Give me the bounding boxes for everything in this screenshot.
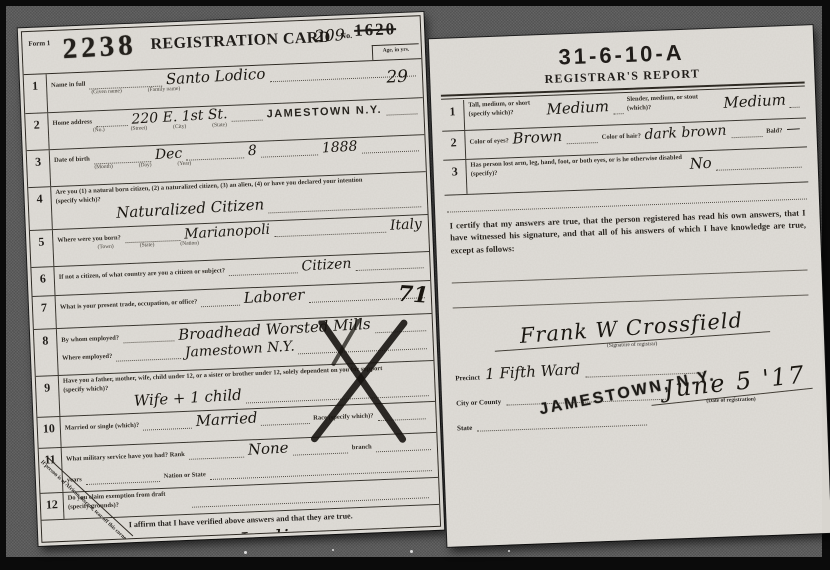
field-label: Color of hair?	[602, 133, 642, 143]
field-label: Bald?	[766, 128, 783, 137]
marital-value: Married	[195, 411, 258, 430]
military-rank-value: None	[247, 440, 288, 457]
number-label: No.	[340, 31, 352, 40]
card-title: REGISTRATION CARD	[150, 29, 331, 54]
stamped-serial-number: 2238	[62, 29, 138, 66]
birth-day-value: 8	[247, 144, 257, 158]
row-number: 1	[441, 100, 465, 131]
row-number: 2	[442, 131, 466, 160]
form-number-label: Form 1	[28, 39, 50, 48]
citizen-of-value: Citizen	[301, 257, 352, 274]
field-label: Name in full	[51, 81, 86, 91]
dust-speck	[332, 549, 334, 551]
row-number: 3	[27, 150, 51, 187]
registrars-report-paper: 31-6-10-A REGISTRAR'S REPORT 1 Tall, med…	[429, 25, 830, 547]
birth-year-value: 1888	[321, 140, 357, 156]
registrar-signature-block: Frank W Crossfield (Signature of registr…	[449, 310, 814, 355]
dust-speck	[508, 550, 510, 552]
row-number: 7	[33, 296, 57, 329]
row-number: 6	[31, 267, 55, 296]
dust-speck	[410, 550, 413, 553]
tally-mark: 71	[397, 281, 429, 309]
field-label: Has person lost arm, leg, hand, foot, or…	[470, 154, 685, 179]
registration-card: Form 1 2238 REGISTRATION CARD 209 No. 16…	[18, 12, 444, 546]
row-number: 10	[37, 417, 61, 448]
age-column-label: Age, in yrs.	[372, 43, 420, 60]
build-value: Medium	[722, 92, 785, 110]
field-label: By whom employed?	[61, 335, 119, 346]
row-number: 2	[25, 113, 49, 150]
row-number: 8	[34, 329, 59, 376]
trade-value: Laborer	[243, 288, 305, 306]
field-label: What is your present trade, occupation, …	[60, 299, 198, 313]
field-label: Nation or State	[164, 471, 206, 481]
field-label: branch	[352, 444, 372, 454]
field-label: Where employed?	[62, 353, 113, 364]
birth-month-value: Dec	[155, 147, 183, 163]
disability-value: No	[689, 155, 712, 171]
height-value: Medium	[546, 99, 609, 117]
row-number: 5	[30, 230, 54, 267]
row-number: 4	[28, 187, 53, 230]
field-label: Tall, medium, or short (specify which)?	[468, 99, 543, 119]
field-label: Race (specify which)?	[313, 413, 374, 424]
field-label: Color of eyes?	[470, 138, 510, 148]
city-county-label: City or County	[456, 398, 501, 408]
field-label: Date of birth	[54, 156, 90, 166]
row-number: 9	[36, 376, 61, 417]
registrars-report-card: 31-6-10-A REGISTRAR'S REPORT 1 Tall, med…	[429, 25, 830, 547]
state-field: State	[453, 408, 817, 433]
bald-value: —	[786, 122, 801, 137]
registration-date-block: June 5 '17 (Date of registration)	[649, 365, 813, 406]
row-number: 12	[40, 493, 64, 520]
eye-color-value: Brown	[512, 129, 562, 147]
dust-speck	[244, 551, 247, 554]
photo-frame: Form 1 2238 REGISTRATION CARD 209 No. 16…	[0, 0, 830, 570]
field-label: Slender, medium, or stout (which)?	[627, 93, 720, 114]
field-label: Home address	[52, 119, 92, 129]
field-label: What military service have you had? Rank	[66, 451, 185, 465]
precinct-label: Precinct	[455, 374, 480, 383]
dependents-value: Wife + 1 child	[133, 387, 242, 408]
row-number: 1	[24, 74, 49, 113]
hair-color-value: dark brown	[645, 124, 728, 142]
registration-card-paper: Form 1 2238 REGISTRATION CARD 209 No. 16…	[21, 15, 441, 543]
row-number: 3	[443, 160, 467, 195]
birth-nation-value: Italy	[390, 217, 423, 233]
employer-place-value: Jamestown N.Y.	[184, 340, 295, 360]
struck-out-number: 1620	[354, 19, 397, 41]
age-value: 29	[386, 67, 408, 88]
scan-background: Form 1 2238 REGISTRATION CARD 209 No. 16…	[6, 6, 822, 557]
field-label: Married or single (which)?	[65, 422, 140, 434]
state-label: State	[457, 424, 472, 433]
precinct-value: 1 Fifth Ward	[485, 362, 581, 382]
field-label: If not a citizen, of what country are yo…	[59, 267, 226, 282]
